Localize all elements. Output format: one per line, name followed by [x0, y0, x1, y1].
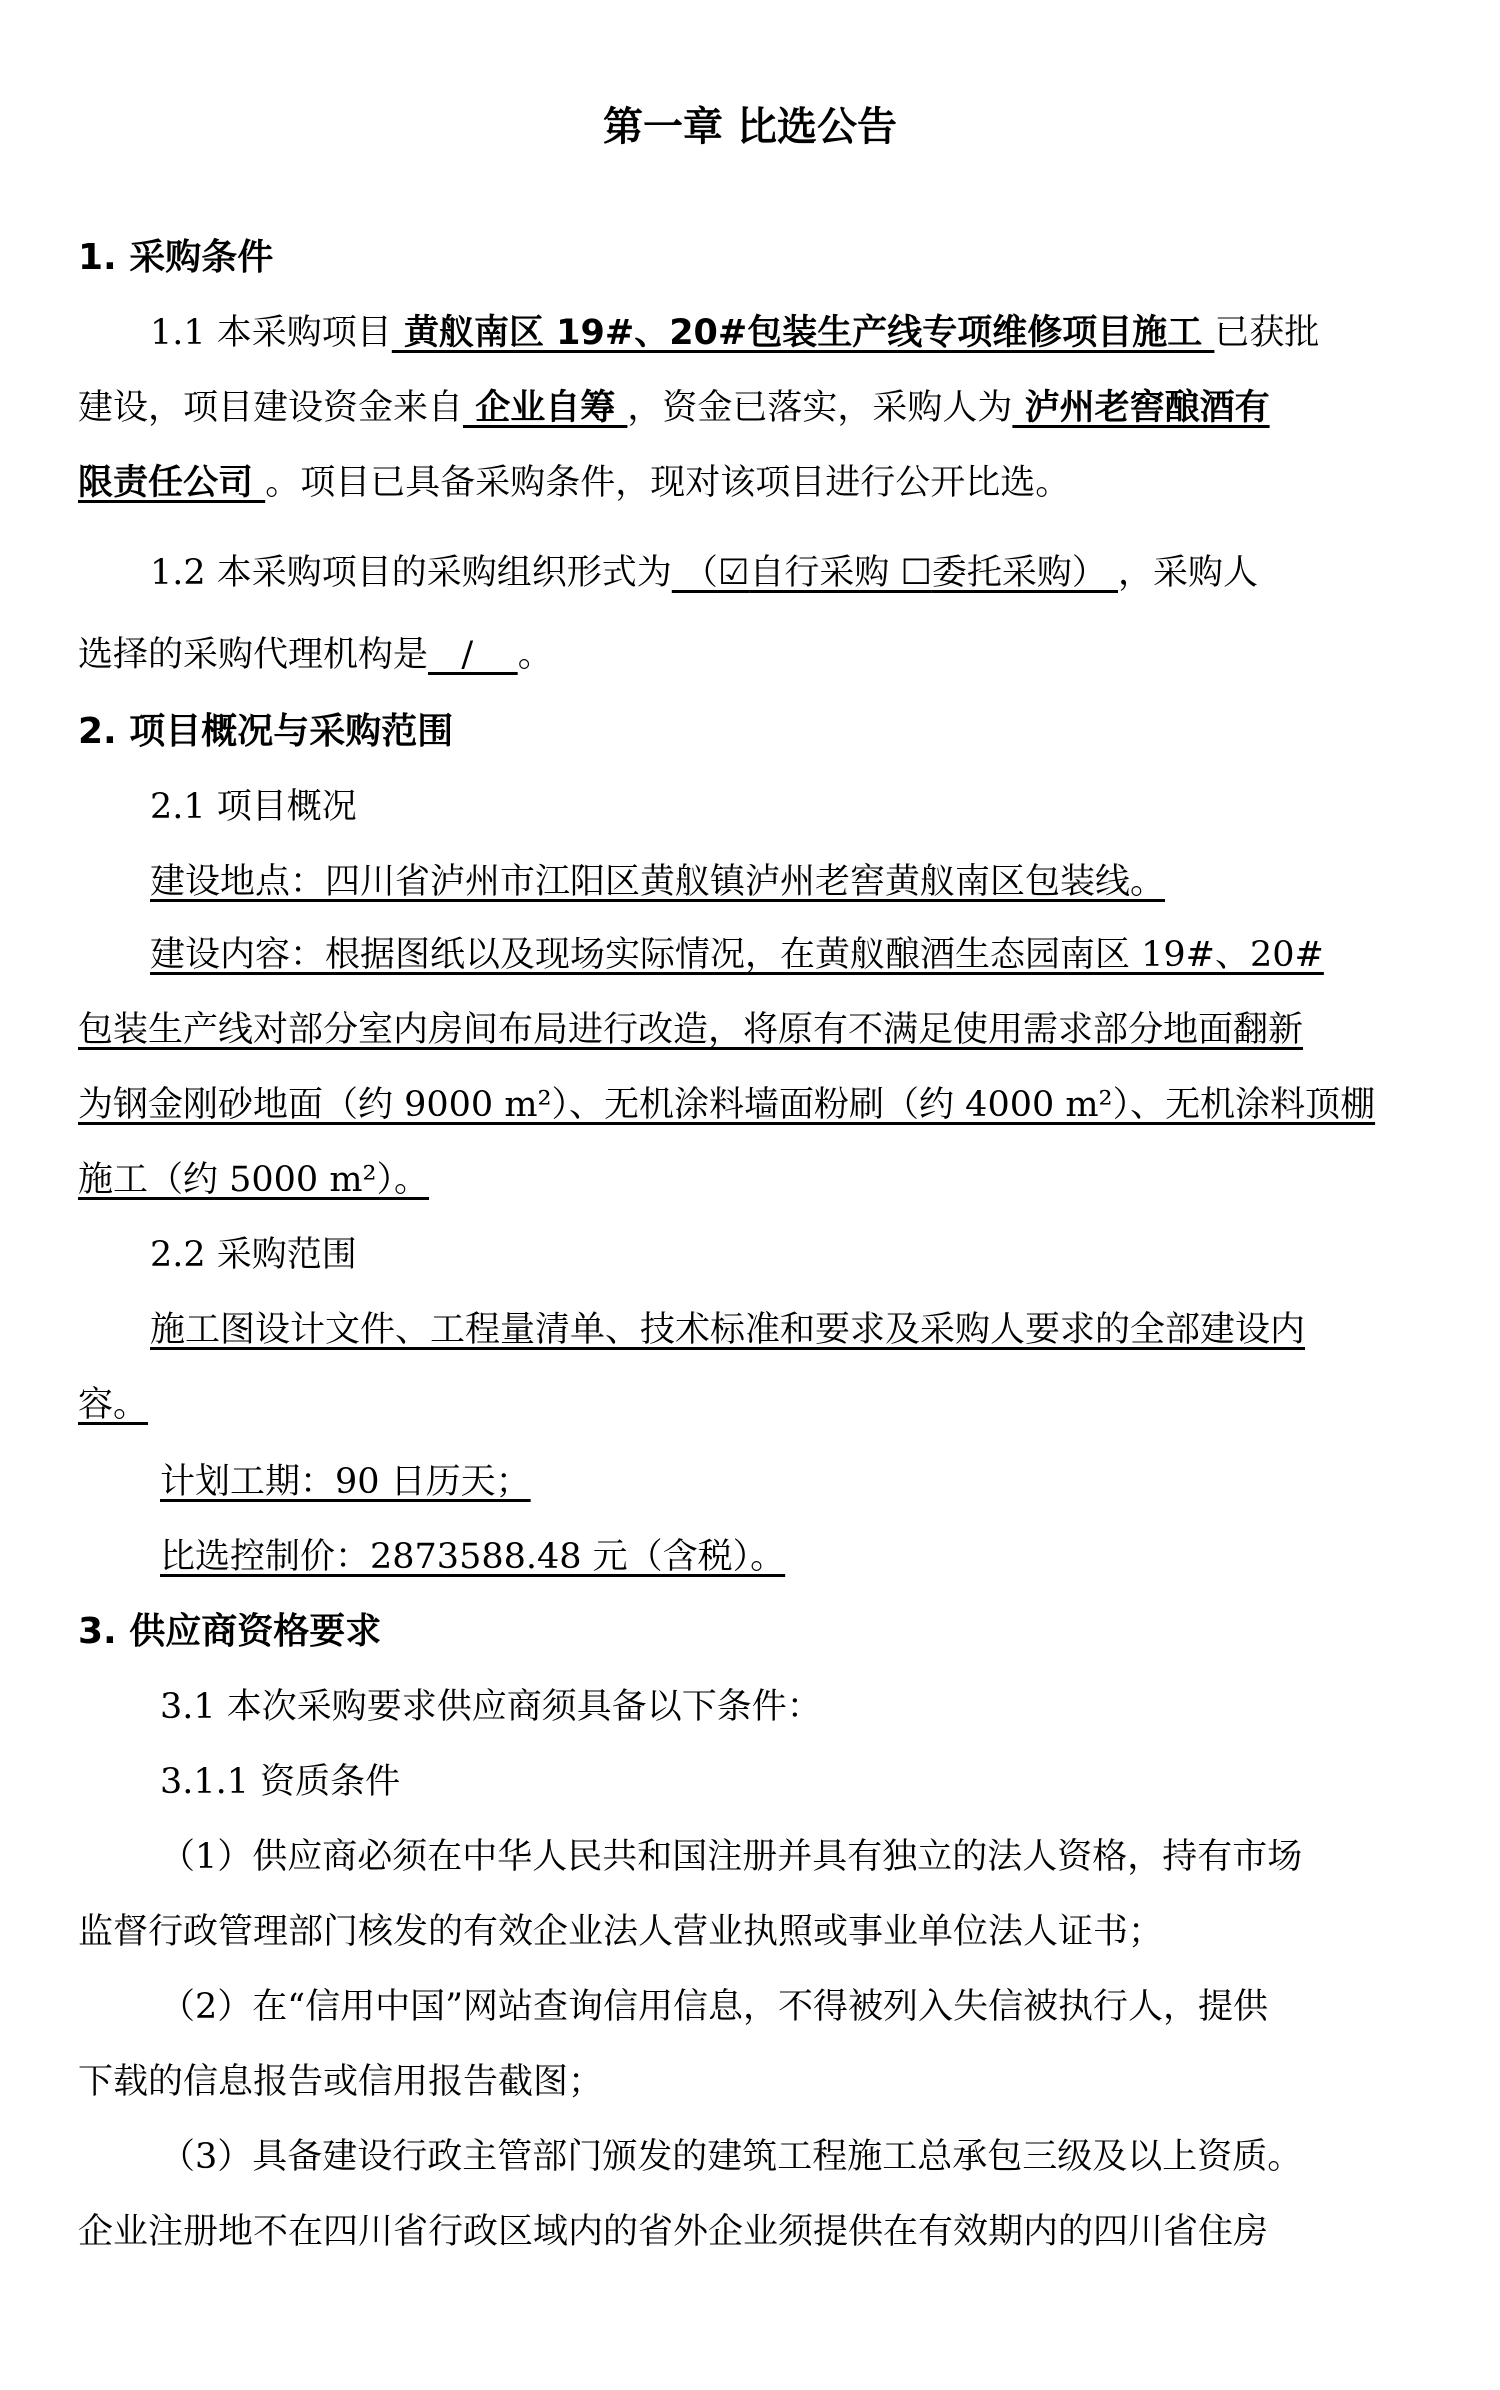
text: 。项目已具备采购条件，现对该项目进行公开比选。 [265, 463, 1070, 503]
location: 建设地点：四川省泸州市江阳区黄舣镇泸州老窖黄舣南区包装线。 [150, 862, 1165, 902]
purchaser-name: 泸州老窖酿酒有 [1012, 388, 1269, 428]
content-line-4: 施工（约 5000 m²）。 [78, 1155, 429, 1205]
requirement-1-line-1: （1）供应商必须在中华人民共和国注册并具有独立的法人资格，持有市场 [160, 1832, 1302, 1882]
agency-field: / [428, 635, 518, 675]
section-2-heading: 2. 项目概况与采购范围 [78, 707, 453, 757]
paragraph-1-1-line-3: 限责任公司 。项目已具备采购条件，现对该项目进行公开比选。 [78, 458, 1070, 508]
checkbox-self-icon: ☑ [718, 553, 749, 593]
content-text: 包装生产线对部分室内房间布局进行改造，将原有不满足使用需求部分地面翻新 [78, 1010, 1303, 1050]
text: 选择的采购代理机构是 [78, 635, 428, 675]
requirement-2-line-2: 下载的信息报告或信用报告截图； [78, 2057, 603, 2107]
content-line-1: 建设内容：根据图纸以及现场实际情况，在黄舣酿酒生态园南区 19#、20# [150, 930, 1403, 980]
fund-source: 企业自筹 [463, 388, 627, 428]
duration-line: 计划工期：90 日历天； [160, 1457, 531, 1507]
checkbox-agent-icon: ☐ [900, 553, 931, 593]
requirement-3-line-2: 企业注册地不在四川省行政区域内的省外企业须提供在有效期内的四川省住房 [78, 2207, 1268, 2257]
content-text: 施工（约 5000 m²）。 [78, 1160, 429, 1200]
option-self-label: 自行采购 [749, 553, 900, 593]
paragraph-1-2-line-2: 选择的采购代理机构是 / 。 [78, 630, 553, 680]
procurement-form: （☑自行采购 ☐委托采购） [672, 553, 1118, 593]
scope-text: 容。 [78, 1385, 148, 1425]
subsection-2-2: 2.2 采购范围 [150, 1230, 357, 1280]
subsection-3-1-1: 3.1.1 资质条件 [160, 1757, 400, 1807]
location-line: 建设地点：四川省泸州市江阳区黄舣镇泸州老窖黄舣南区包装线。 [150, 857, 1165, 907]
section-3-heading: 3. 供应商资格要求 [78, 1607, 381, 1657]
requirement-1-line-2: 监督行政管理部门核发的有效企业法人营业执照或事业单位法人证书； [78, 1907, 1163, 1957]
text: 建设，项目建设资金来自 [78, 388, 463, 428]
text: ，采购人 [1118, 553, 1258, 593]
text: ，资金已落实，采购人为 [627, 388, 1012, 428]
requirement-2-line-1: （2）在“信用中国”网站查询信用信息，不得被列入失信被执行人，提供 [160, 1982, 1268, 2032]
content-line-3: 为钢金刚砂地面（约 9000 m²）、无机涂料墙面粉刷（约 4000 m²）、无… [78, 1080, 1375, 1130]
page-title: 第一章 比选公告 [0, 102, 1500, 152]
control-price: 比选控制价：2873588.48 元（含税）。 [160, 1537, 785, 1577]
content-line-2: 包装生产线对部分室内房间布局进行改造，将原有不满足使用需求部分地面翻新 [78, 1005, 1303, 1055]
paragraph-1-2-line-1: 1.2 本采购项目的采购组织形式为 （☑自行采购 ☐委托采购） ，采购人 [150, 548, 1258, 598]
scope-line-2: 容。 [78, 1380, 148, 1430]
option-agent-label: 委托采购） [932, 553, 1118, 593]
text: 1.2 本采购项目的采购组织形式为 [150, 553, 672, 593]
scope-line-1: 施工图设计文件、工程量清单、技术标准和要求及采购人要求的全部建设内 [150, 1305, 1305, 1355]
requirement-3-line-1: （3）具备建设行政主管部门颁发的建筑工程施工总承包三级及以上资质。 [160, 2132, 1302, 2182]
scope-text: 施工图设计文件、工程量清单、技术标准和要求及采购人要求的全部建设内 [150, 1310, 1305, 1350]
text: 1.1 本采购项目 [150, 313, 392, 353]
text: 。 [518, 635, 553, 675]
purchaser-name-cont: 限责任公司 [78, 463, 265, 503]
paragraph-1-1-line-1: 1.1 本采购项目 黄舣南区 19#、20#包装生产线专项维修项目施工 已获批 [150, 308, 1319, 358]
text: （ [672, 553, 718, 593]
content-text: 为钢金刚砂地面（约 9000 m²）、无机涂料墙面粉刷（约 4000 m²）、无… [78, 1085, 1375, 1125]
content-text: 建设内容：根据图纸以及现场实际情况，在黄舣酿酒生态园南区 19#、20# [150, 935, 1324, 975]
text: 已获批 [1214, 313, 1319, 353]
section-1-heading: 1. 采购条件 [78, 233, 273, 283]
subsection-3-1: 3.1 本次采购要求供应商须具备以下条件： [160, 1682, 822, 1732]
project-name: 黄舣南区 19#、20#包装生产线专项维修项目施工 [392, 313, 1215, 353]
control-price-line: 比选控制价：2873588.48 元（含税）。 [160, 1532, 785, 1582]
subsection-2-1: 2.1 项目概况 [150, 782, 357, 832]
duration: 计划工期：90 日历天； [160, 1462, 531, 1502]
paragraph-1-1-line-2: 建设，项目建设资金来自 企业自筹 ，资金已落实，采购人为 泸州老窖酿酒有 [78, 383, 1270, 433]
